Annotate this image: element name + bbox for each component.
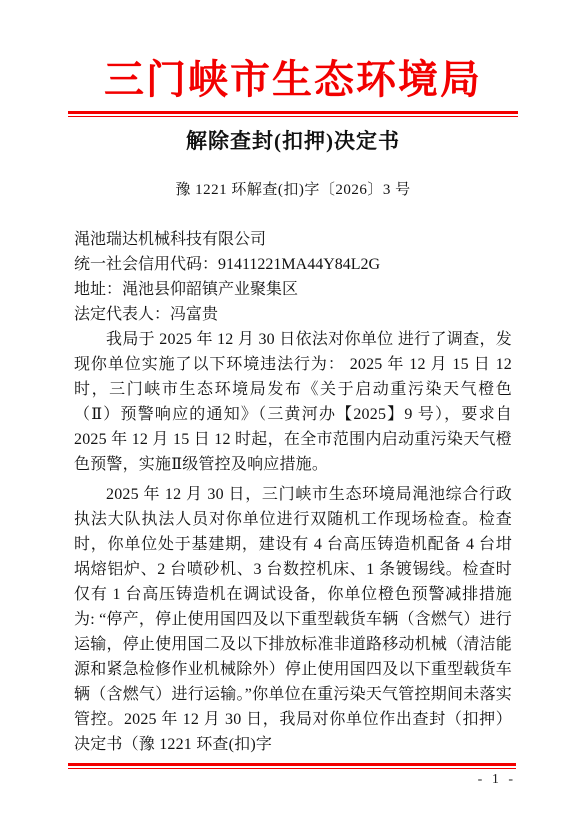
doc-number: 豫 1221 环解查(扣)字〔2026〕3 号: [0, 179, 586, 201]
recipient-company: 渑池瑞达机械科技有限公司: [74, 227, 512, 252]
header-divider: [68, 111, 518, 117]
recipient-legal-representative: 法定代表人：冯富贵: [74, 302, 512, 327]
document-page: 三门峡市生态环境局 解除查封(扣押)决定书 豫 1221 环解查(扣)字〔202…: [0, 0, 586, 828]
page-footer: - 1 -: [68, 763, 516, 788]
recipient-address: 地址：渑池县仰韶镇产业聚集区: [74, 277, 512, 302]
footer-divider: [68, 763, 516, 769]
body-paragraph-investigation: 我局于 2025 年 12 月 30 日依法对你单位 进行了调查，发现你单位实施…: [74, 327, 512, 477]
body-paragraph-inspection: 2025 年 12 月 30 日，三门峡市生态环境局渑池综合行政执法大队执法人员…: [74, 482, 512, 757]
doc-title: 解除查封(扣押)决定书: [0, 127, 586, 155]
org-name-heading: 三门峡市生态环境局: [0, 0, 586, 104]
page-number: - 1 -: [68, 772, 516, 788]
recipient-block: 渑池瑞达机械科技有限公司 统一社会信用代码：91411221MA44Y84L2G…: [74, 227, 512, 327]
recipient-credit-code: 统一社会信用代码：91411221MA44Y84L2G: [74, 252, 512, 277]
document-body: 我局于 2025 年 12 月 30 日依法对你单位 进行了调查，发现你单位实施…: [74, 327, 512, 757]
